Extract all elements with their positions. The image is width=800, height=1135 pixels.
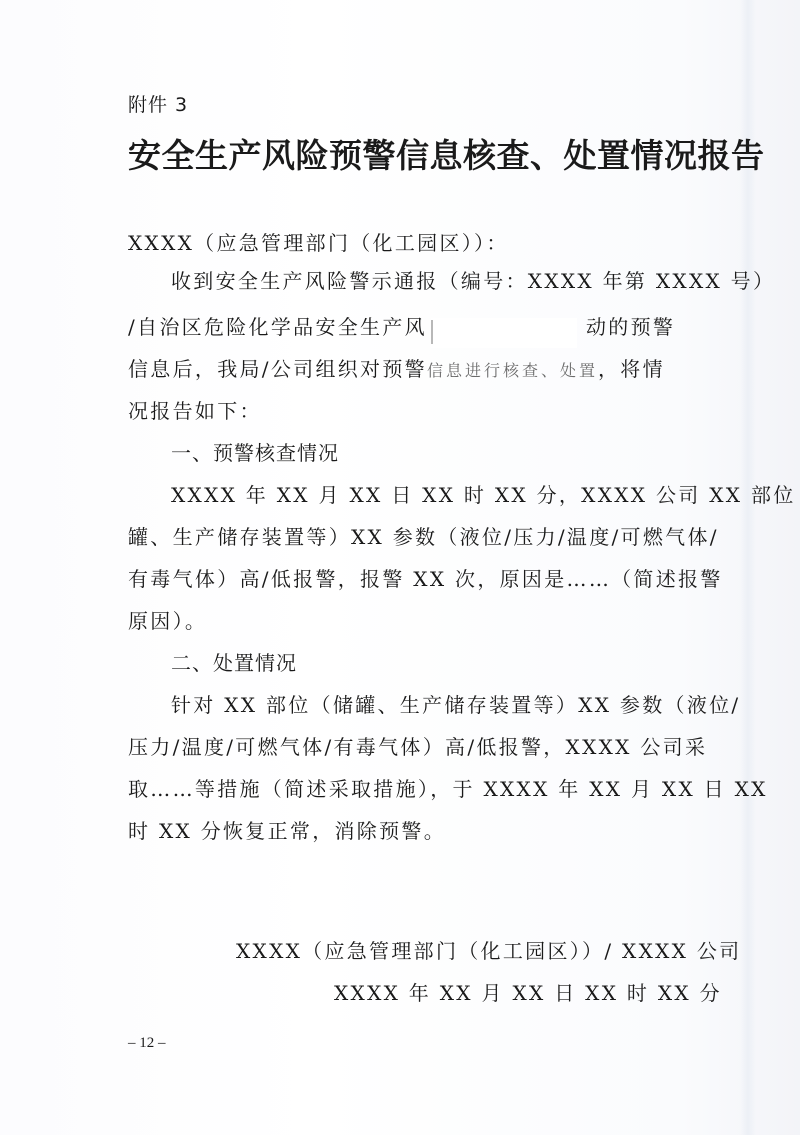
section-1-line: XXXX 年 XX 月 XX 日 XX 时 XX 分，XXXX 公司 XX 部位… (171, 482, 800, 508)
signature-date: XXXX 年 XX 月 XX 日 XX 时 XX 分 (334, 980, 722, 1006)
salutation: XXXX（应急管理部门（化工园区））： (128, 230, 509, 256)
intro-line-1: 收到安全生产风险警示通报（编号：XXXX 年第 XXXX 号） (171, 268, 775, 294)
page-number: – 12 – (128, 1035, 166, 1052)
signature-org: XXXX（应急管理部门（化工园区））/ XXXX 公司 (236, 938, 741, 964)
document-page: 附件 3 安全生产风险预警信息核查、处置情况报告 XXXX（应急管理部门（化工园… (0, 0, 800, 1135)
section-1-line: 原因）。 (128, 608, 207, 634)
intro-line-3-left: 信息后，我局/公司组织对预警 (128, 357, 427, 381)
section-1-line: 罐、生产储存装置等）XX 参数（液位/压力/温度/可燃气体/ (128, 524, 719, 550)
intro-line-2-right: 动的预警 (586, 314, 675, 340)
redaction-edge (431, 320, 433, 344)
intro-line-2-left: /自治区危险化学品安全生产风 (128, 314, 427, 340)
section-2-line: 时 XX 分恢复正常，消除预警。 (128, 818, 446, 844)
document-title: 安全生产风险预警信息核查、处置情况报告 (128, 130, 728, 177)
section-2-line: 压力/温度/可燃气体/有毒气体）高/低报警，XXXX 公司采 (128, 734, 707, 760)
section-1-line: 有毒气体）高/低报警，报警 XX 次，原因是……（简述报警 (128, 566, 723, 592)
section-1-heading: 一、预警核查情况 (171, 440, 339, 466)
intro-line-3-right: ，将情 (598, 357, 665, 381)
section-2-heading: 二、处置情况 (171, 650, 297, 676)
intro-line-3-faded: 信息进行核查、处置 (427, 361, 598, 380)
intro-line-4: 况报告如下： (128, 398, 262, 424)
redaction-patch (431, 318, 577, 348)
section-2-line: 取……等措施（简述采取措施），于 XXXX 年 XX 月 XX 日 XX (128, 776, 768, 802)
section-2-line: 针对 XX 部位（储罐、生产储存装置等）XX 参数（液位/ (171, 692, 740, 718)
intro-line-3: 信息后，我局/公司组织对预警信息进行核查、处置，将情 (128, 356, 665, 384)
attachment-label: 附件 3 (128, 90, 188, 117)
